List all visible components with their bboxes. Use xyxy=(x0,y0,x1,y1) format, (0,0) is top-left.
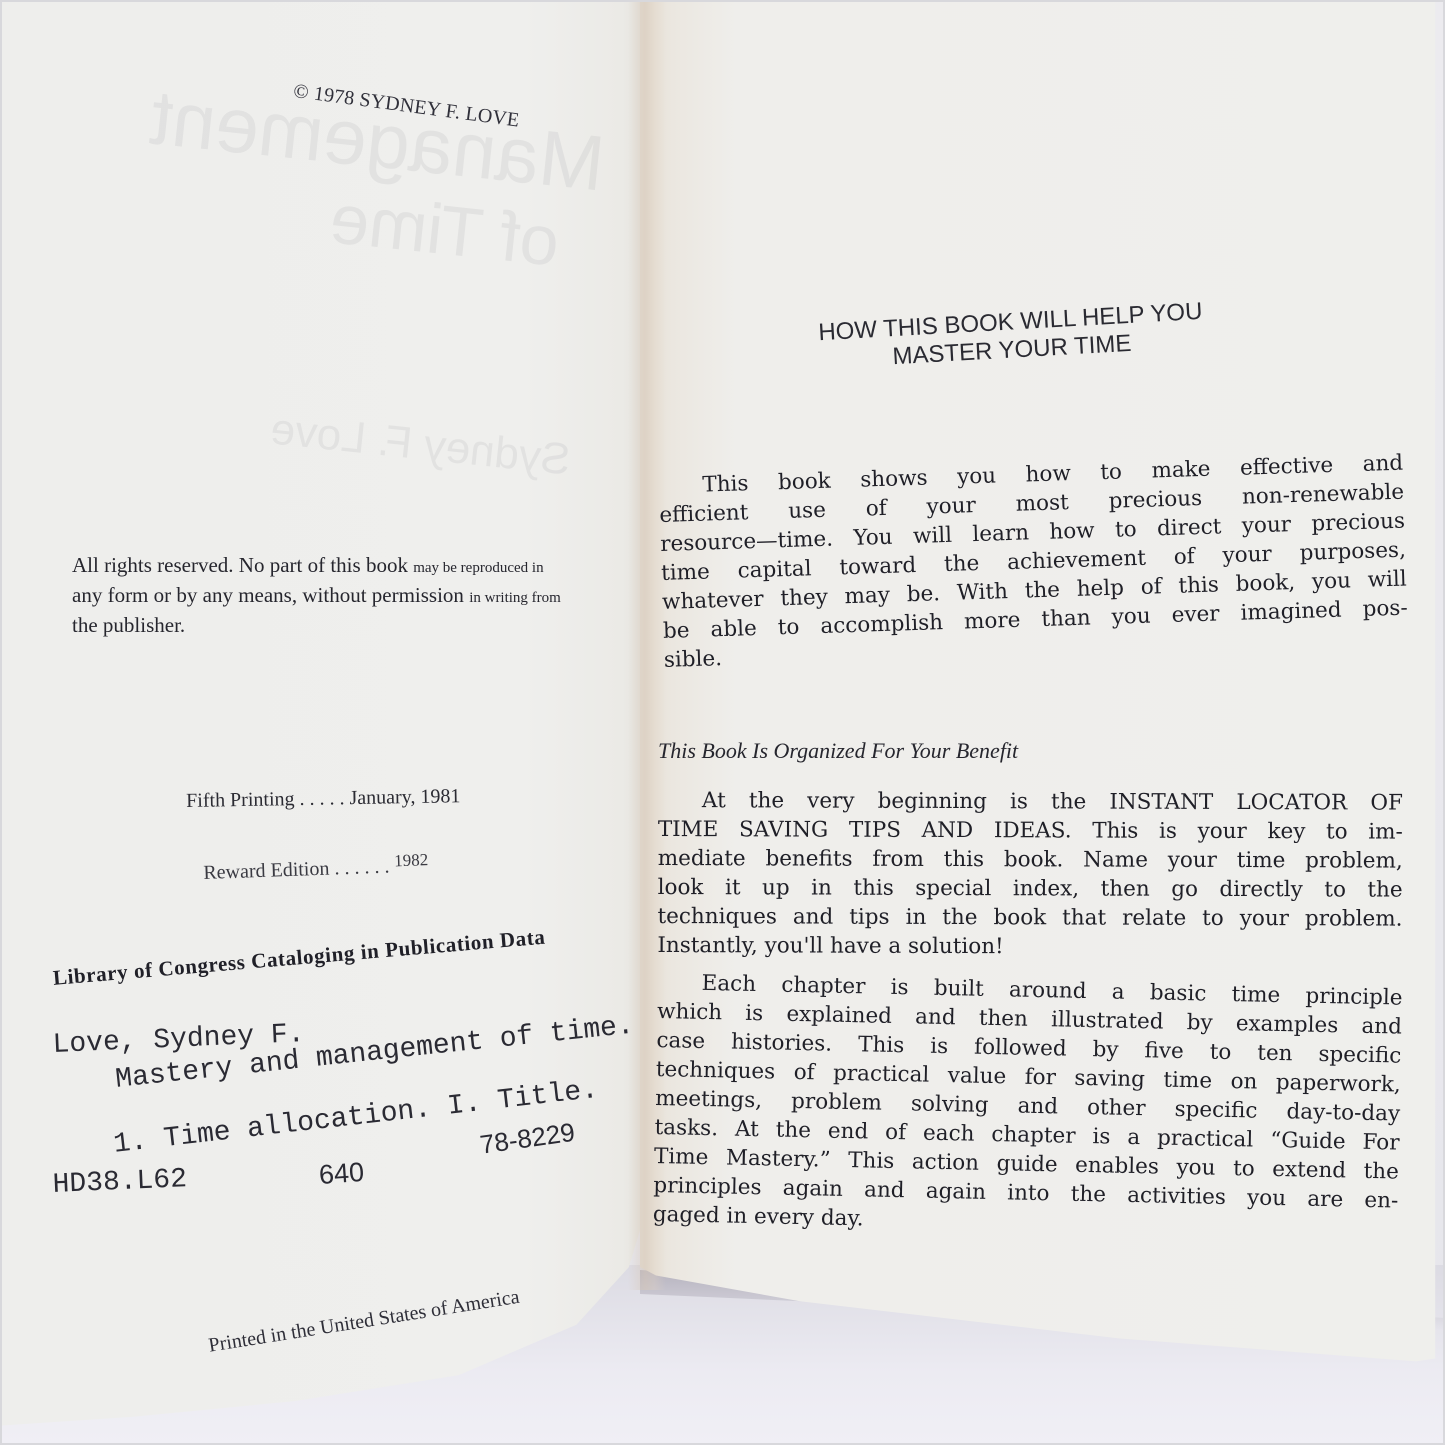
reward-edition-year: 1982 xyxy=(394,850,429,871)
rights-line-small: may be reproduced in xyxy=(413,560,543,576)
rights-line-small: in writing from xyxy=(469,590,561,606)
rights-line: All rights reserved. No part of this boo… xyxy=(72,553,408,577)
section-subheading: This Book Is Organized For Your Benefit xyxy=(658,738,1018,764)
rights-line: any form or by any means, without permis… xyxy=(72,583,464,607)
catalog-call-number: HD38.L62 xyxy=(52,1164,188,1201)
printing-info: Fifth Printing . . . . . January, 1981 xyxy=(186,785,461,813)
catalog-dewey: 640 xyxy=(318,1157,365,1191)
text-line: At the very beginning is the INSTANT LOC… xyxy=(658,786,1403,818)
intro-paragraph: This book shows you how to make effectiv… xyxy=(658,449,1409,675)
book-photo: Management of Time Sydney F. Love © 1978… xyxy=(0,0,1445,1445)
text-line: Instantly, you'll have a solution! xyxy=(657,931,1402,963)
text-line: TIME SAVING TIPS AND IDEAS. This is your… xyxy=(658,815,1403,847)
text-line: techniques and tips in the book that rel… xyxy=(657,902,1402,934)
chapter-structure-paragraph: Each chapter is built around a basic tim… xyxy=(653,968,1403,1245)
rights-notice: All rights reserved. No part of this boo… xyxy=(72,552,632,639)
rights-line: the publisher. xyxy=(72,613,185,637)
locator-paragraph: At the very beginning is the INSTANT LOC… xyxy=(657,786,1403,963)
text-line: look it up in this special index, then g… xyxy=(658,873,1403,905)
text-line: mediate benefits from this book. Name yo… xyxy=(658,844,1403,876)
